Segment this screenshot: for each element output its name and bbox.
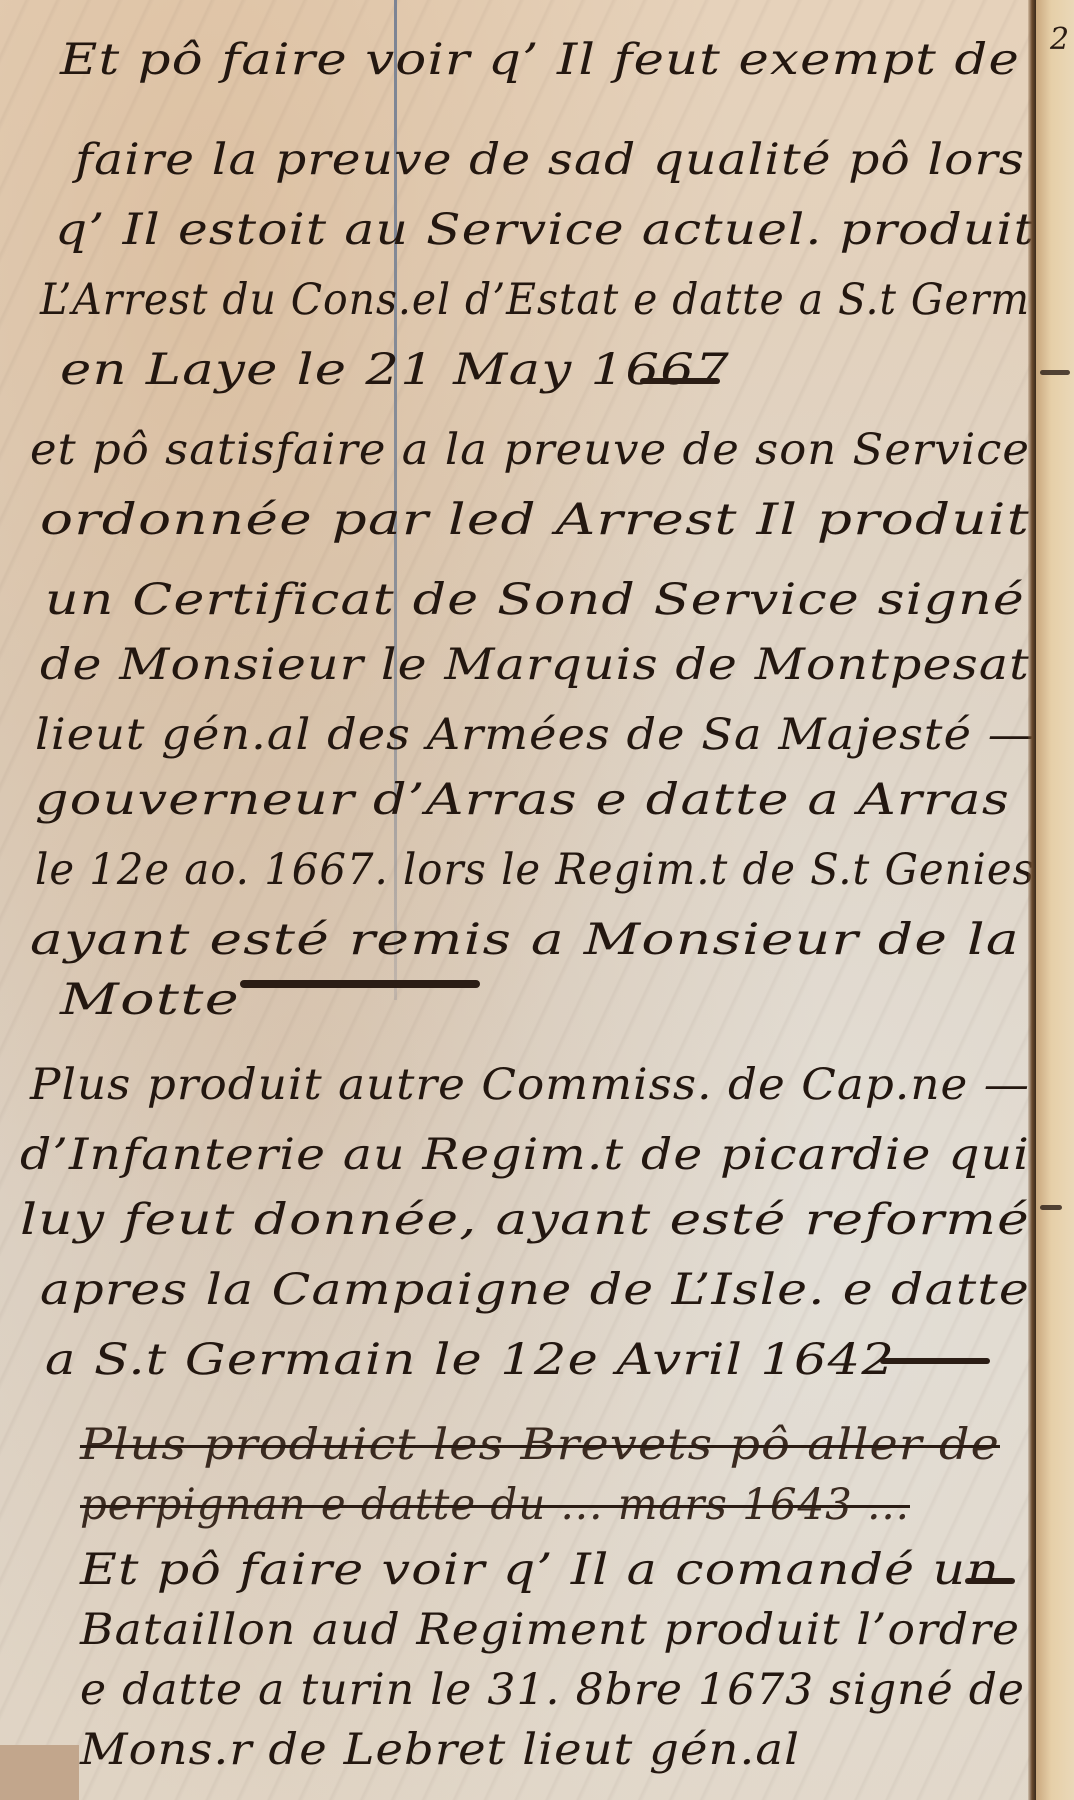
- text-line: Mons.r de Lebret lieut gén.al: [80, 1725, 800, 1775]
- struck-text-line: Plus produict les Brevets pô aller de: [80, 1420, 1000, 1470]
- text-line: Bataillon aud Regiment produit l’ordre: [80, 1605, 1020, 1655]
- manuscript-page: [0, 0, 1032, 1800]
- text-line: a S.t Germain le 12e Avril 1642: [45, 1335, 895, 1385]
- text-line: Motte: [60, 975, 240, 1025]
- line-end-flourish: [965, 1578, 1015, 1584]
- text-line: d’Infanterie au Regim.t de picardie qui: [20, 1130, 1030, 1180]
- text-line: ayant esté remis a Monsieur de la: [30, 915, 1020, 965]
- color-swatch: [0, 1745, 79, 1800]
- line-end-flourish: [640, 378, 720, 384]
- text-line: ordonnée par led Arrest Il produit: [40, 495, 1030, 545]
- ink-mark: [1040, 370, 1070, 375]
- text-line: apres la Campaigne de L’Isle. e datte: [40, 1265, 1030, 1315]
- text-line: q’ Il estoit au Service actuel. produit: [55, 205, 1035, 255]
- text-line: et pô satisfaire a la preuve de son Serv…: [30, 425, 1030, 475]
- text-line: Et pô faire voir q’ Il a comandé un: [80, 1545, 1000, 1595]
- text-line: gouverneur d’Arras e datte a Arras: [35, 775, 1010, 825]
- text-line: L’Arrest du Cons.el d’Estat e datte a S.…: [40, 275, 1030, 325]
- text-line: Et pô faire voir q’ Il feut exempt de: [60, 35, 1020, 85]
- line-end-flourish: [880, 1358, 990, 1364]
- line-end-flourish: [240, 980, 480, 988]
- text-line: en Laye le 21 May 1667: [60, 345, 730, 395]
- text-line: lieut gén.al des Armées de Sa Majesté —: [35, 710, 1035, 760]
- text-line: faire la preuve de sad qualité pô lors: [75, 135, 1025, 185]
- text-line: un Certificat de Sond Service signé: [45, 575, 1025, 625]
- page-fold: [1028, 0, 1036, 1800]
- text-line: Plus produit autre Commiss. de Cap.ne —: [30, 1060, 1030, 1110]
- struck-text-line: perpignan e datte du ... mars 1643 ...: [80, 1480, 910, 1530]
- page-number: 2: [1050, 22, 1069, 57]
- text-line: luy feut donnée, ayant esté reformé: [20, 1195, 1030, 1245]
- text-line: le 12e ao. 1667. lors le Regim.t de S.t …: [35, 845, 1035, 895]
- adjacent-page-edge: 2: [1036, 0, 1074, 1800]
- text-line: de Monsieur le Marquis de Montpesat: [40, 640, 1030, 690]
- ink-mark: [1040, 1205, 1062, 1210]
- text-line: e datte a turin le 31. 8bre 1673 signé d…: [80, 1665, 1025, 1715]
